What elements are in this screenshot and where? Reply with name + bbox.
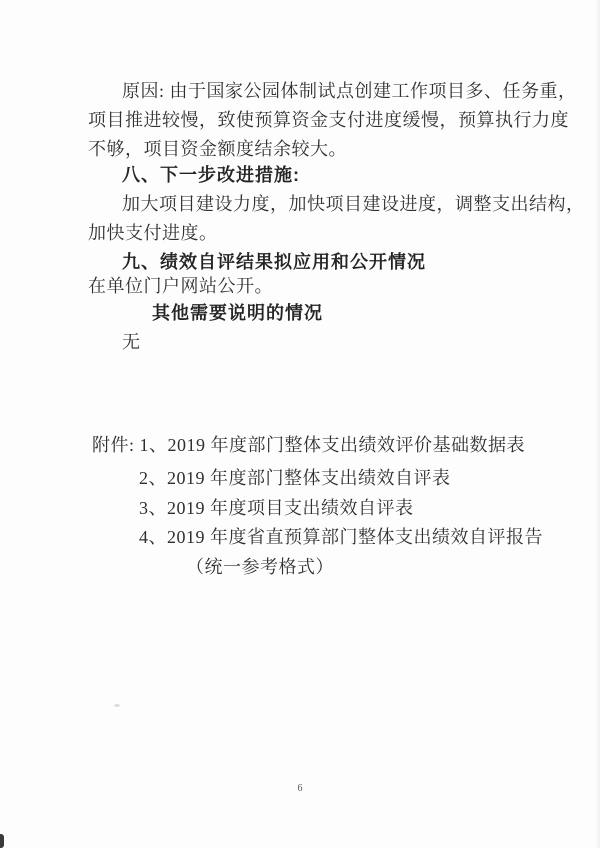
section-9-line-1: 在单位门户网站公开。	[88, 276, 273, 296]
reason-paragraph-line-1: 原因: 由于国家公园体制试点创建工作项目多、任务重，	[122, 81, 577, 101]
page-number: 6	[0, 783, 600, 794]
attachment-line-1: 附件: 1、2019 年度部门整体支出绩效评价基础数据表	[92, 435, 525, 455]
attachment-line-4-note: （统一参考格式）	[186, 557, 334, 577]
other-notes-line-1: 无	[122, 332, 141, 352]
attachment-line-3: 3、2019 年度项目支出绩效自评表	[139, 498, 414, 518]
scan-artifact-speck	[114, 704, 120, 707]
other-notes-heading: 其他需要说明的情况	[152, 303, 323, 323]
reason-paragraph-line-2: 项目推进较慢，致使预算资金支付进度缓慢，预算执行力度	[88, 110, 569, 130]
section-8-heading: 八、下一步改进措施:	[122, 165, 300, 185]
section-8-line-1: 加大项目建设力度，加快项目建设进度，调整支出结构，	[122, 194, 585, 214]
attachment-line-4: 4、2019 年度省直预算部门整体支出绩效自评报告	[139, 527, 543, 547]
section-8-line-2: 加快支付进度。	[88, 223, 218, 243]
scan-artifact-bottom-left	[0, 834, 4, 848]
reason-paragraph-line-3: 不够，项目资金额度结余较大。	[88, 139, 347, 159]
attachment-line-2: 2、2019 年度部门整体支出绩效自评表	[139, 468, 451, 488]
scanned-document-page: 原因: 由于国家公园体制试点创建工作项目多、任务重， 项目推进较慢，致使预算资金…	[0, 0, 600, 848]
section-9-heading: 九、绩效自评结果拟应用和公开情况	[122, 252, 426, 272]
